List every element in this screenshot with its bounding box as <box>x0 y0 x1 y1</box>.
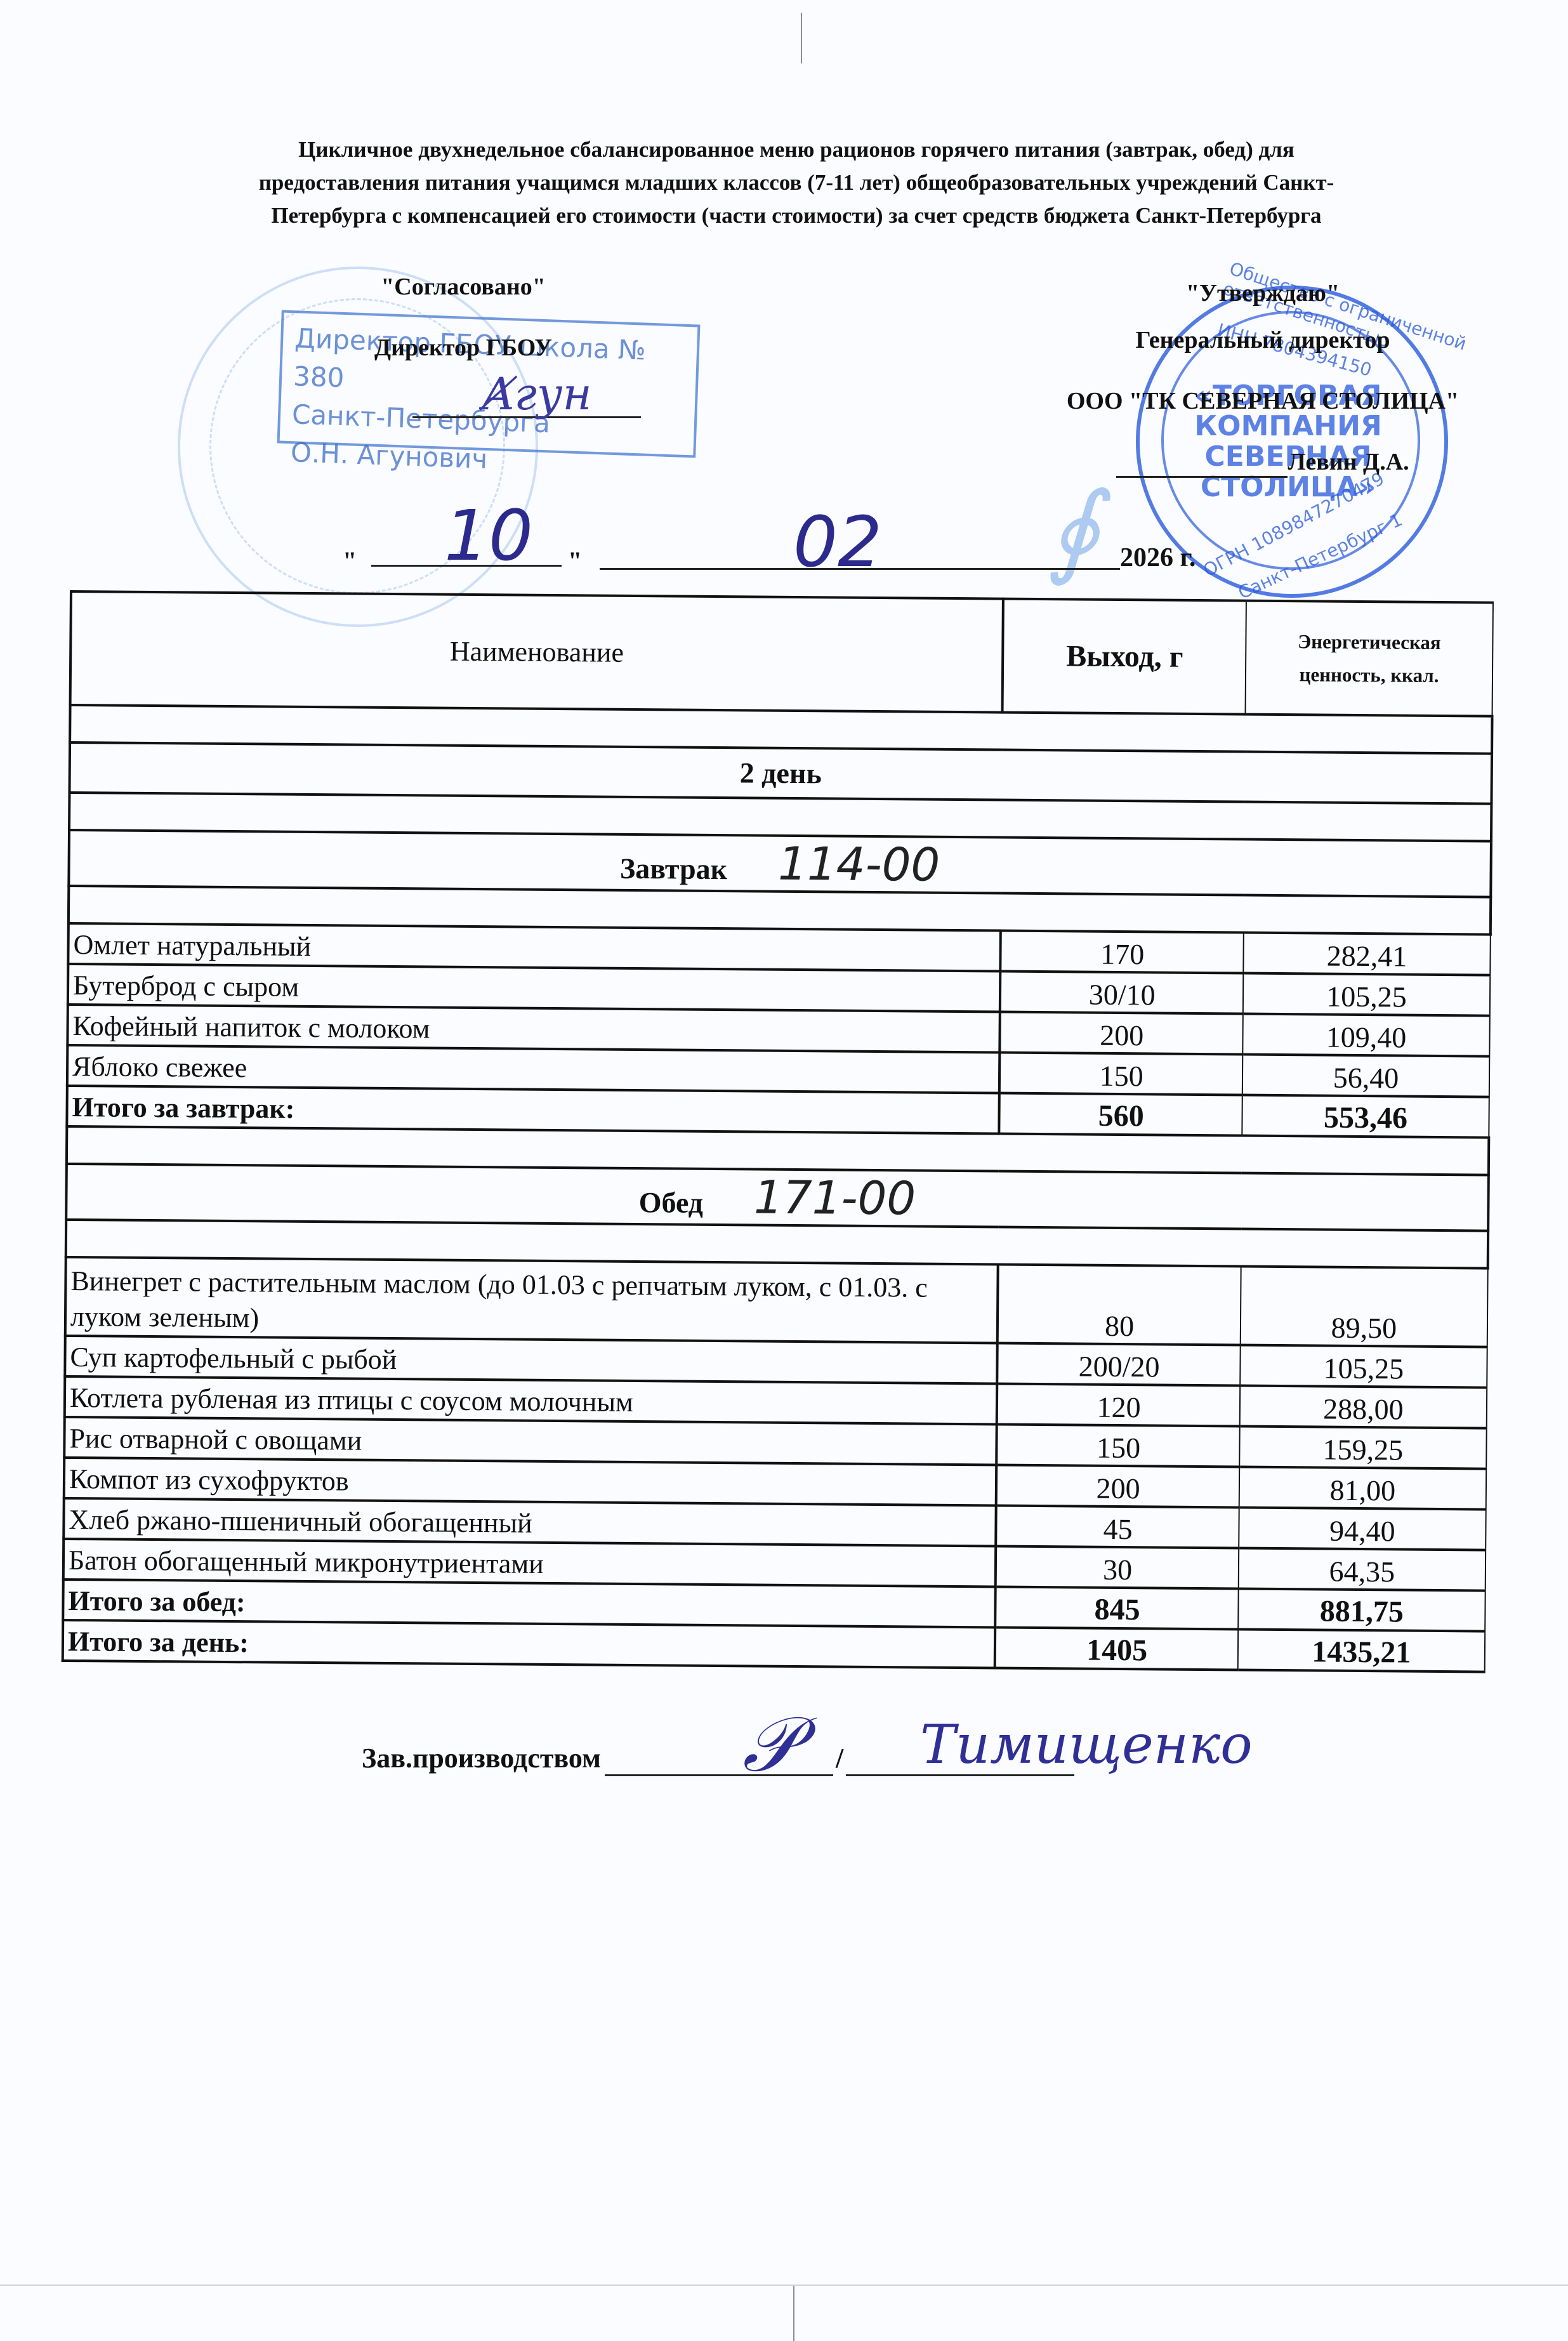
dish-name: Котлета рубленая из птицы с соусом молоч… <box>65 1376 998 1425</box>
date-month-handwritten: 02 <box>793 501 882 583</box>
dish-energy: 94,40 <box>1239 1508 1486 1550</box>
lunch-label: Обед <box>639 1186 704 1219</box>
approved-company: ООО "ТК СЕВЕРНАЯ СТОЛИЦА" <box>990 387 1536 415</box>
dish-energy: 81,00 <box>1239 1467 1486 1510</box>
day-total-energy: 1435,21 <box>1238 1630 1485 1672</box>
dish-name: Суп картофельный с рыбой <box>65 1336 998 1384</box>
header-energy-line: ценность, ккал. <box>1250 657 1488 692</box>
signature-blank <box>605 1742 833 1776</box>
scan-bottom-edge <box>0 2285 1568 2286</box>
breakfast-items: Омлет натуральный170282,41Бутерброд с сы… <box>67 923 1491 1097</box>
dish-energy: 105,25 <box>1243 973 1490 1016</box>
dish-energy: 89,50 <box>1241 1267 1488 1347</box>
agreed-signature-line <box>273 388 654 418</box>
title-line: предоставления питания учащимся младших … <box>146 166 1447 199</box>
breakfast-total-yield: 560 <box>999 1093 1242 1136</box>
dish-energy: 288,00 <box>1240 1386 1487 1428</box>
dish-energy: 109,40 <box>1242 1014 1489 1057</box>
dish-energy: 159,25 <box>1239 1427 1486 1469</box>
header-yield: Выход, г <box>1003 599 1246 715</box>
dish-energy: 64,35 <box>1239 1548 1486 1591</box>
document-title: Цикличное двухнедельное сбалансированное… <box>146 133 1447 232</box>
lunch-items: Винегрет с растительным маслом (до 01.03… <box>63 1257 1488 1591</box>
dish-name: Кофейный напиток с молоком <box>67 1005 1000 1053</box>
day-total-yield: 1405 <box>995 1628 1238 1670</box>
dish-yield: 30 <box>996 1546 1239 1589</box>
menu-table: Наименование Выход, г Энергетическая цен… <box>62 590 1494 1673</box>
date-open-quote: " <box>343 546 357 576</box>
dish-yield: 200 <box>1000 1012 1243 1055</box>
dish-yield: 170 <box>1001 931 1244 973</box>
breakfast-total-energy: 553,46 <box>1242 1095 1489 1138</box>
production-manager-name-handwritten: Тимищенко <box>920 1713 1253 1776</box>
production-manager-signature: 𝒫 <box>742 1701 798 1790</box>
dish-yield: 150 <box>999 1053 1242 1095</box>
date-day-handwritten: 10 <box>444 495 533 576</box>
breakfast-price-handwritten: 114-00 <box>778 837 940 892</box>
lunch-total-energy: 881,75 <box>1238 1589 1485 1632</box>
dish-yield: 120 <box>997 1384 1240 1427</box>
agreed-heading: "Согласовано" <box>273 273 654 301</box>
header-energy-line: Энергетическая <box>1250 624 1488 659</box>
dish-name: Рис отварной с овощами <box>64 1417 997 1465</box>
general-director-signature: ∮ <box>1047 470 1100 588</box>
date-close-quote: " <box>568 546 582 576</box>
header-name: Наименование <box>70 591 1004 713</box>
dish-name: Винегрет с растительным маслом (до 01.03… <box>65 1257 998 1343</box>
dish-yield: 45 <box>996 1506 1239 1548</box>
director-signature: Ⱥгун <box>482 368 592 420</box>
dish-energy: 105,25 <box>1240 1345 1487 1388</box>
dish-yield: 150 <box>997 1425 1240 1467</box>
dish-yield: 30/10 <box>1000 972 1243 1014</box>
header-energy: Энергетическая ценность, ккал. <box>1246 601 1493 716</box>
dish-name: Яблоко свежее <box>67 1045 1000 1093</box>
dish-name: Омлет натуральный <box>68 923 1001 972</box>
title-line: Петербурга с компенсацией его стоимости … <box>146 199 1447 232</box>
dish-name: Батон обогащенный микронутриентами <box>63 1539 996 1587</box>
title-line: Цикличное двухнедельное сбалансированное… <box>146 133 1447 166</box>
dish-yield: 200/20 <box>998 1343 1241 1386</box>
approval-agreed-block: "Согласовано" Директор ГБОУ <box>273 273 654 418</box>
dish-yield: 80 <box>998 1265 1241 1345</box>
lunch-total-label: Итого за обед: <box>63 1579 996 1628</box>
lunch-price-handwritten: 171-00 <box>754 1170 916 1225</box>
dish-energy: 282,41 <box>1243 933 1490 975</box>
approved-heading: "Утверждаю" <box>990 279 1536 307</box>
paper-fold-mark-bottom <box>793 2285 794 2341</box>
dish-name: Бутерброд с сыром <box>68 964 1001 1012</box>
breakfast-label: Завтрак <box>620 852 728 885</box>
production-manager-label: Зав.производством <box>362 1743 601 1774</box>
breakfast-total-label: Итого за завтрак: <box>67 1086 999 1134</box>
signature-separator: / <box>836 1743 843 1774</box>
dish-yield: 200 <box>996 1465 1239 1508</box>
approved-signer: Левин Д.А. <box>1288 449 1409 475</box>
dish-name: Компот из сухофруктов <box>64 1458 997 1506</box>
paper-fold-mark-top <box>801 13 802 63</box>
lunch-total-yield: 845 <box>996 1587 1239 1630</box>
day-total-label: Итого за день: <box>63 1620 996 1668</box>
approval-approved-block: "Утверждаю" Генеральный директор ООО "ТК… <box>990 279 1536 478</box>
table-header-row: Наименование Выход, г Энергетическая цен… <box>70 591 1493 716</box>
approved-position: Генеральный директор <box>990 326 1536 354</box>
table-row: Винегрет с растительным маслом (до 01.03… <box>65 1257 1488 1347</box>
dish-energy: 56,40 <box>1242 1055 1489 1097</box>
agreed-position: Директор ГБОУ <box>273 334 654 362</box>
dish-name: Хлеб ржано-пшеничный обогащенный <box>63 1498 996 1546</box>
date-year: 2026 г. <box>1120 543 1196 573</box>
